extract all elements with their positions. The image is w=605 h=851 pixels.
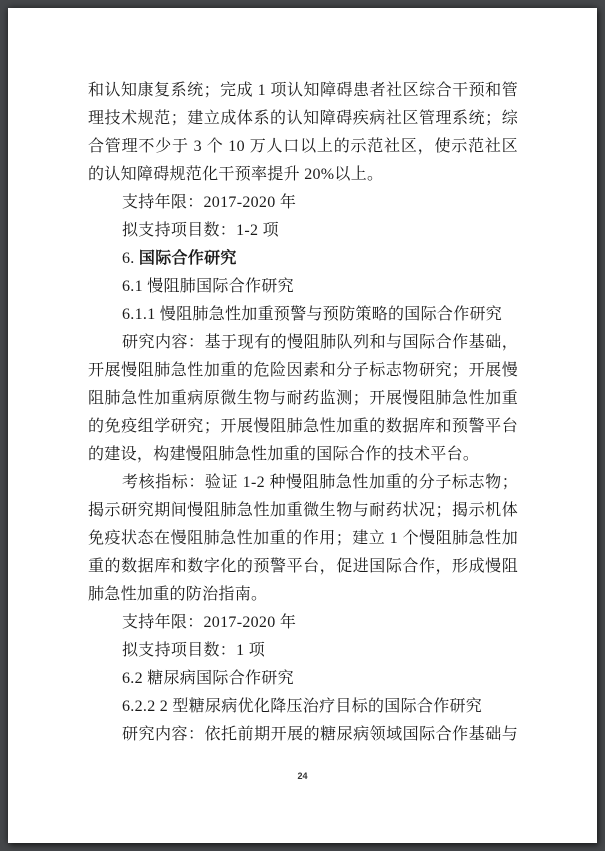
section-heading-number: 6. <box>122 250 139 267</box>
text-line: 支持年限：2017-2020 年 <box>88 609 518 637</box>
text-line: 免疫状态在慢阻肺急性加重的作用；建立 1 个慢阻肺急性加 <box>88 525 518 553</box>
text-line: 阻肺急性加重病原微生物与耐药监测；开展慢阻肺急性加重 <box>88 385 518 413</box>
text-line: 6. 国际合作研究 <box>88 245 518 273</box>
document-page: 和认知康复系统；完成 1 项认知障碍患者社区综合干预和管理技术规范；建立成体系的… <box>8 8 597 843</box>
text-line: 的免疫组学研究；开展慢阻肺急性加重的数据库和预警平台 <box>88 413 518 441</box>
text-line: 理技术规范；建立成体系的认知障碍疾病社区管理系统；综 <box>88 105 518 133</box>
text-line: 拟支持项目数：1 项 <box>88 637 518 665</box>
pdf-viewer-background: 和认知康复系统；完成 1 项认知障碍患者社区综合干预和管理技术规范；建立成体系的… <box>0 0 605 851</box>
text-line: 重的数据库和数字化的预警平台，促进国际合作，形成慢阻 <box>88 553 518 581</box>
document-body: 和认知康复系统；完成 1 项认知障碍患者社区综合干预和管理技术规范；建立成体系的… <box>88 77 518 749</box>
text-line: 的建设，构建慢阻肺急性加重的国际合作的技术平台。 <box>88 441 518 469</box>
text-line: 合管理不少于 3 个 10 万人口以上的示范社区，使示范社区 <box>88 133 518 161</box>
text-line: 拟支持项目数：1-2 项 <box>88 217 518 245</box>
text-line: 6.1 慢阻肺国际合作研究 <box>88 273 518 301</box>
text-line: 揭示研究期间慢阻肺急性加重微生物与耐药状况；揭示机体 <box>88 497 518 525</box>
text-line: 考核指标：验证 1-2 种慢阻肺急性加重的分子标志物； <box>88 469 518 497</box>
text-line: 6.2.2 2 型糖尿病优化降压治疗目标的国际合作研究 <box>88 693 518 721</box>
text-line: 6.2 糖尿病国际合作研究 <box>88 665 518 693</box>
text-line: 研究内容：依托前期开展的糖尿病领域国际合作基础与 <box>88 721 518 749</box>
text-line: 肺急性加重的防治指南。 <box>88 581 518 609</box>
page-number: 24 <box>8 771 597 781</box>
text-line: 开展慢阻肺急性加重的危险因素和分子标志物研究；开展慢 <box>88 357 518 385</box>
section-heading-text: 国际合作研究 <box>139 250 237 267</box>
text-line: 的认知障碍规范化干预率提升 20%以上。 <box>88 161 518 189</box>
text-line: 研究内容：基于现有的慢阻肺队列和与国际合作基础， <box>88 329 518 357</box>
text-line: 6.1.1 慢阻肺急性加重预警与预防策略的国际合作研究 <box>88 301 518 329</box>
text-line: 和认知康复系统；完成 1 项认知障碍患者社区综合干预和管 <box>88 77 518 105</box>
text-line: 支持年限：2017-2020 年 <box>88 189 518 217</box>
